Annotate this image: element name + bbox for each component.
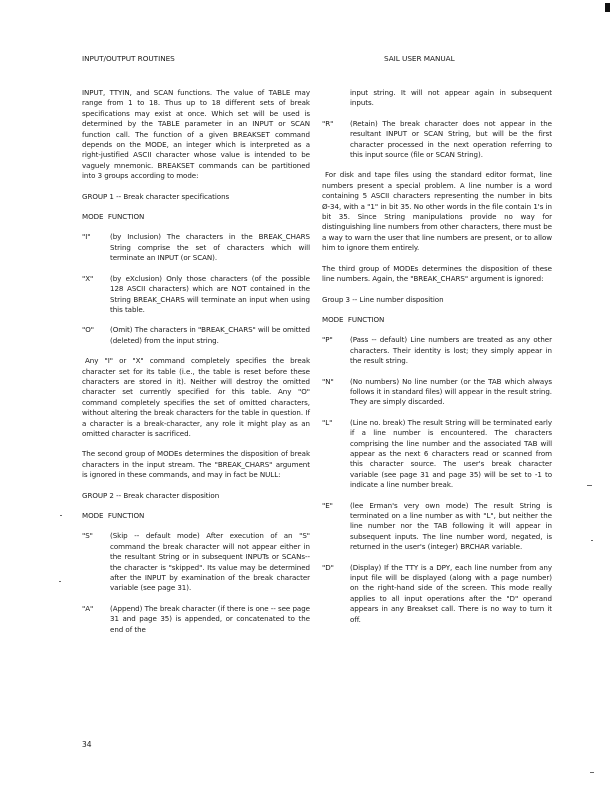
mode-description: (by Inclusion) The characters in the BRE… <box>110 232 310 263</box>
group1-title: GROUP 1 -- Break character specification… <box>82 192 310 202</box>
mode-entry-a-continued: input string. It will not appear again i… <box>322 88 552 109</box>
scan-corner-mark <box>605 3 610 12</box>
mode-entry-o: "O" (Omit) The characters in "BREAK_CHAR… <box>82 325 310 346</box>
left-column: INPUT, TTYIN, and SCAN functions. The va… <box>82 88 310 645</box>
mode-description: (Display) If the TTY is a DPY, each line… <box>350 563 552 625</box>
group3-mode-list: "P" (Pass -- default) Line numbers are t… <box>322 335 552 625</box>
mode-entry-p: "P" (Pass -- default) Line numbers are t… <box>322 335 552 366</box>
group3-title: Group 3 -- Line number disposition <box>322 295 552 305</box>
group2-mode-list: "S" (Skip -- default mode) After executi… <box>82 531 310 635</box>
page-number: 34 <box>82 740 91 750</box>
mode-description: (by eXclusion) Only those characters (of… <box>110 274 310 316</box>
disk-files-paragraph: For disk and tape files using the standa… <box>322 170 552 253</box>
scan-speck <box>591 540 593 541</box>
any-command-paragraph: Any "I" or "X" command completely specif… <box>82 356 310 439</box>
mode-entry-d: "D" (Display) If the TTY is a DPY, each … <box>322 563 552 625</box>
group2-table-header: MODE FUNCTION <box>82 511 310 521</box>
mode-key: "P" <box>322 335 350 366</box>
mode-key: "R" <box>322 119 350 161</box>
mode-description: (Pass -- default) Line numbers are treat… <box>350 335 552 366</box>
group1-table-header: MODE FUNCTION <box>82 212 310 222</box>
mode-description: (lee Erman's very own mode) The result S… <box>350 501 552 553</box>
mode-description: (Skip -- default mode) After execution o… <box>110 531 310 593</box>
second-group-paragraph: The second group of MODEs determines the… <box>82 449 310 480</box>
mode-description: (Omit) The characters in "BREAK_CHARS" w… <box>110 325 310 346</box>
mode-entry-r: "R" (Retain) The break character does no… <box>322 119 552 161</box>
mode-key: "A" <box>82 604 110 635</box>
group1-mode-list: "I" (by Inclusion) The characters in the… <box>82 232 310 346</box>
mode-entry-l: "L" (Line no. break) The result String w… <box>322 418 552 491</box>
mode-key: "I" <box>82 232 110 263</box>
group3-table-header: MODE FUNCTION <box>322 315 552 325</box>
mode-description: (Append) The break character (if there i… <box>110 604 310 635</box>
mode-entry-i: "I" (by Inclusion) The characters in the… <box>82 232 310 263</box>
mode-key: "O" <box>82 325 110 346</box>
mode-entry-e: "E" (lee Erman's very own mode) The resu… <box>322 501 552 553</box>
mode-entry-x: "X" (by eXclusion) Only those characters… <box>82 274 310 316</box>
mode-key: "X" <box>82 274 110 316</box>
mode-key: "S" <box>82 531 110 593</box>
mode-entry-n: "N" (No numbers) No line number (or the … <box>322 377 552 408</box>
mode-description: (Line no. break) The result String will … <box>350 418 552 491</box>
mode-description: (No numbers) No line number (or the TAB … <box>350 377 552 408</box>
running-header-title: SAIL USER MANUAL <box>384 54 455 64</box>
mode-description: input string. It will not appear again i… <box>350 88 552 109</box>
mode-entry-s: "S" (Skip -- default mode) After executi… <box>82 531 310 593</box>
group2-title: GROUP 2 -- Break character disposition <box>82 491 310 501</box>
mode-key: "D" <box>322 563 350 625</box>
mode-key: "L" <box>322 418 350 491</box>
scan-speck <box>587 485 592 486</box>
scan-speck <box>590 772 594 773</box>
mode-key-spacer <box>322 88 350 109</box>
right-column: input string. It will not appear again i… <box>322 88 552 635</box>
mode-key: "E" <box>322 501 350 553</box>
mode-entry-a: "A" (Append) The break character (if the… <box>82 604 310 635</box>
mode-key: "N" <box>322 377 350 408</box>
scan-speck <box>60 515 62 516</box>
mode-description: (Retain) The break character does not ap… <box>350 119 552 161</box>
intro-paragraph: INPUT, TTYIN, and SCAN functions. The va… <box>82 88 310 182</box>
scan-speck <box>59 581 61 582</box>
third-group-paragraph: The third group of MODEs determines the … <box>322 264 552 285</box>
running-header-section: INPUT/OUTPUT ROUTINES <box>82 54 175 64</box>
